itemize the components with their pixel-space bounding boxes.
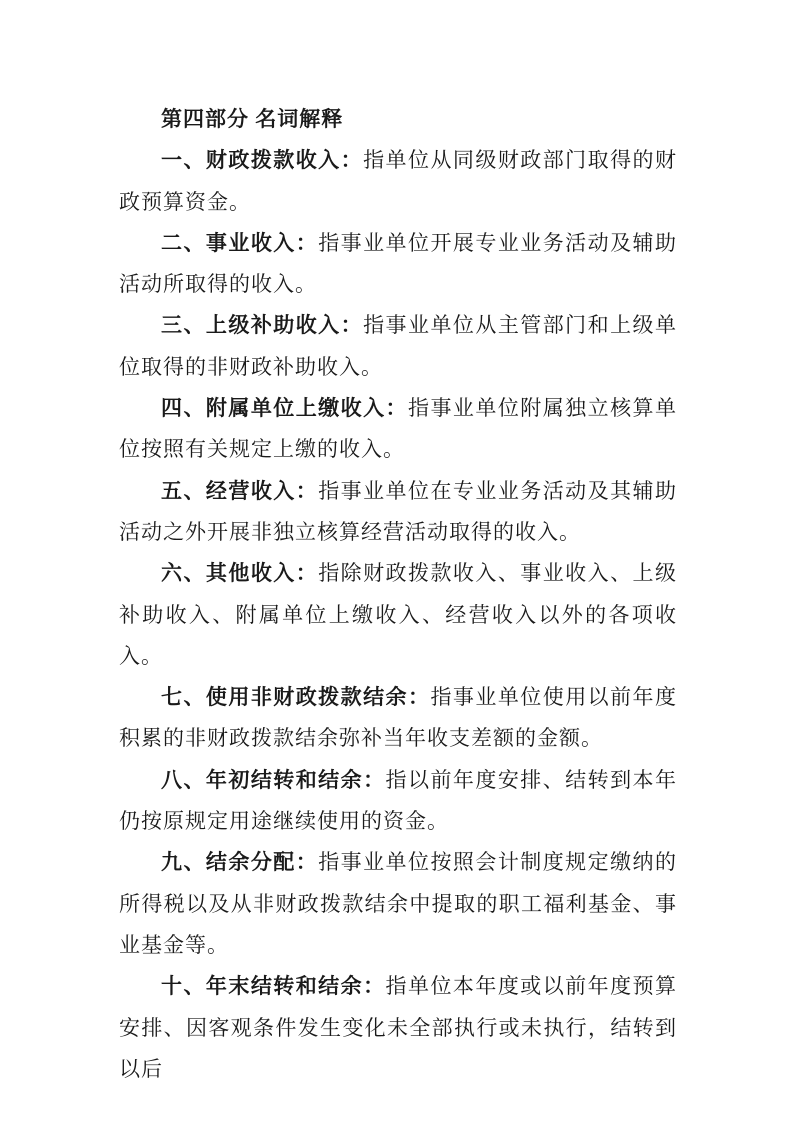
term-paragraph: 六、其他收入：指除财政拨款收入、事业收入、上级补助收入、附属单位上缴收入、经营收… xyxy=(119,553,677,677)
term-paragraph: 九、结余分配：指事业单位按照会计制度规定缴纳的所得税以及从非财政拨款结余中提取的… xyxy=(119,842,677,966)
section-title: 第四部分 名词解释 xyxy=(119,99,677,140)
term-paragraph: 十、年末结转和结余：指单位本年度或以前年度预算安排、因客观条件发生变化未全部执行… xyxy=(119,966,677,1090)
term-paragraph: 三、上级补助收入：指事业单位从主管部门和上级单位取得的非财政补助收入。 xyxy=(119,305,677,388)
terms-list: 一、财政拨款收入：指单位从同级财政部门取得的财政预算资金。 二、事业收入：指事业… xyxy=(119,140,677,1090)
document-page: 第四部分 名词解释 一、财政拨款收入：指单位从同级财政部门取得的财政预算资金。 … xyxy=(0,0,793,1122)
term-paragraph: 七、使用非财政拨款结余：指事业单位使用以前年度积累的非财政拨款结余弥补当年收支差… xyxy=(119,677,677,760)
term-paragraph: 四、附属单位上缴收入：指事业单位附属独立核算单位按照有关规定上缴的收入。 xyxy=(119,388,677,471)
term-paragraph: 五、经营收入：指事业单位在专业业务活动及其辅助活动之外开展非独立核算经营活动取得… xyxy=(119,471,677,554)
term-paragraph: 一、财政拨款收入：指单位从同级财政部门取得的财政预算资金。 xyxy=(119,140,677,223)
term-label: 四、附属单位上缴收入： xyxy=(161,396,408,420)
term-label: 一、财政拨款收入： xyxy=(161,148,363,172)
term-paragraph: 二、事业收入：指事业单位开展专业业务活动及辅助活动所取得的收入。 xyxy=(119,223,677,306)
term-label: 十、年末结转和结余： xyxy=(161,974,386,998)
term-label: 七、使用非财政拨款结余： xyxy=(161,685,430,709)
term-label: 九、结余分配： xyxy=(161,850,318,874)
term-paragraph: 八、年初结转和结余：指以前年度安排、结转到本年仍按原规定用途继续使用的资金。 xyxy=(119,760,677,843)
term-label: 三、上级补助收入： xyxy=(161,313,363,337)
term-label: 二、事业收入： xyxy=(161,231,318,255)
term-label: 六、其他收入： xyxy=(161,561,318,585)
term-label: 八、年初结转和结余： xyxy=(161,768,386,792)
term-label: 五、经营收入： xyxy=(161,479,318,503)
